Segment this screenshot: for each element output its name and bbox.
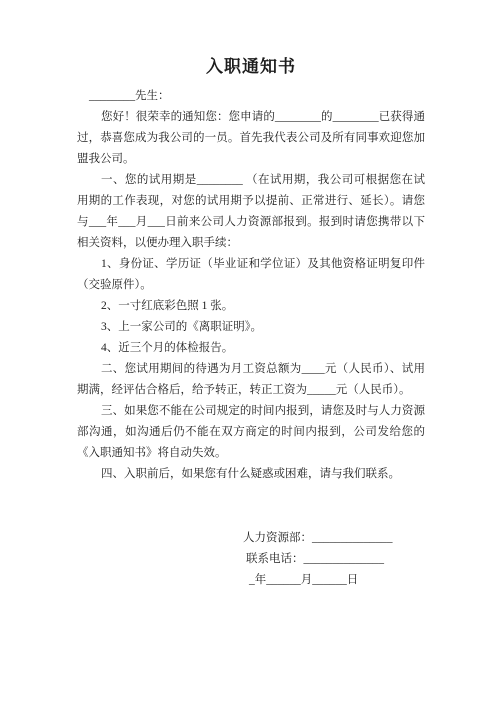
list-item-resignation-certificate: 3、上一家公司的《离职证明》。 <box>77 317 425 338</box>
signature-line-date: _年______月______日 <box>243 570 425 591</box>
paragraph-contact-us: 四、入职前后，如果您有什么疑惑或困难，请与我们联系。 <box>77 464 425 485</box>
paragraph-deadline-invalidation: 三、如果您不能在公司规定的时间内报到，请您及时与人力资源部沟通，如沟通后仍不能在… <box>77 401 425 464</box>
list-item-health-report: 4、近三个月的体检报告。 <box>77 338 425 359</box>
paragraph-salary: 二、您试用期间的待遇为月工资总额为____元（人民币）、试用期满，经评估合格后，… <box>77 359 425 401</box>
salutation-line: ________先生： <box>77 86 425 107</box>
signature-block: 人力资源部：______________ 联系电话：______________… <box>243 528 425 591</box>
signature-line-phone: 联系电话：______________ <box>243 549 425 570</box>
document-page: 入职通知书 ________先生： 您好！很荣幸的通知您：您申请的_______… <box>0 0 500 707</box>
document-text: ________先生： 您好！很荣幸的通知您：您申请的________的____… <box>77 86 425 591</box>
document-body: 入职通知书 ________先生： 您好！很荣幸的通知您：您申请的_______… <box>0 0 500 591</box>
paragraph-greeting: 您好！很荣幸的通知您：您申请的________的________已获得通过，恭喜… <box>77 107 425 170</box>
paragraph-probation-terms: 一、您的试用期是________ （在试用期，我公司可根据您在试用期的工作表现，… <box>77 170 425 254</box>
list-item-id-documents: 1、身份证、学历证（毕业证和学位证）及其他资格证明复印件（交验原件）。 <box>77 254 425 296</box>
signature-line-department: 人力资源部：______________ <box>243 528 425 549</box>
list-item-photo: 2、一寸红底彩色照 1 张。 <box>77 296 425 317</box>
document-title: 入职通知书 <box>77 56 425 78</box>
